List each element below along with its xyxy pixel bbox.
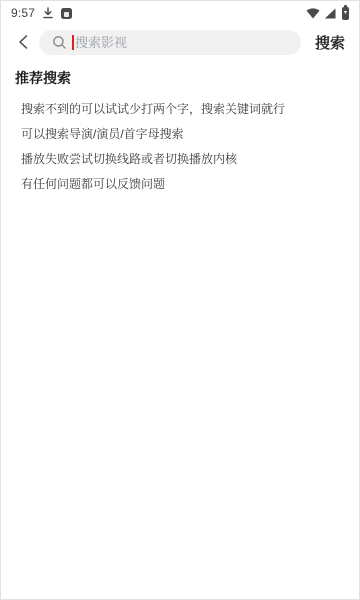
search-button[interactable]: 搜索 <box>313 30 347 55</box>
status-bar-right <box>306 7 349 20</box>
search-field[interactable] <box>39 30 301 55</box>
battery-icon <box>342 7 349 20</box>
text-cursor <box>72 35 74 50</box>
status-bar: 9:57 <box>1 1 359 25</box>
tip-item: 可以搜索导演/演员/首字母搜索 <box>21 122 347 147</box>
tip-item: 有任何问题都可以反馈问题 <box>21 172 347 197</box>
download-icon <box>42 7 54 19</box>
section-title: 推荐搜索 <box>15 68 71 88</box>
tip-item: 搜索不到的可以试试少打两个字，搜索关键词就行 <box>21 97 347 122</box>
tip-item: 播放失败尝试切换线路或者切换播放内核 <box>21 147 347 172</box>
chevron-left-icon <box>17 34 29 50</box>
search-tips-list: 搜索不到的可以试试少打两个字，搜索关键词就行 可以搜索导演/演员/首字母搜索 播… <box>21 97 347 197</box>
cellular-signal-icon <box>324 8 336 19</box>
status-bar-left: 9:57 <box>11 6 72 20</box>
clock-text: 9:57 <box>11 6 35 20</box>
app-notification-icon <box>61 8 72 19</box>
search-input[interactable] <box>75 35 291 50</box>
wifi-icon <box>306 8 320 19</box>
search-header: 搜索 <box>1 27 359 57</box>
search-icon <box>52 35 67 50</box>
back-button[interactable] <box>11 30 35 54</box>
